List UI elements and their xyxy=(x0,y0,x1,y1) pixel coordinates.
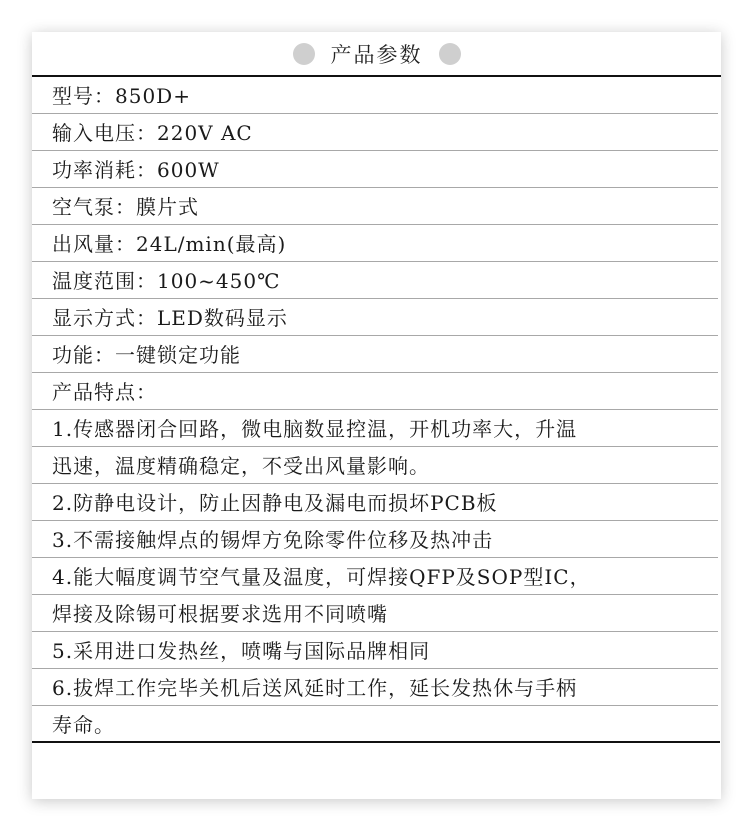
spec-list: 型号：850D+ 输入电压：220V AC 功率消耗：600W 空气泵：膜片式 … xyxy=(32,77,718,743)
right-dot-icon xyxy=(439,43,461,65)
spec-row-pump: 空气泵：膜片式 xyxy=(32,188,718,225)
page-title: 产品参数 xyxy=(331,39,423,69)
feature-line: 寿命。 xyxy=(32,706,720,743)
left-dot-icon xyxy=(293,43,315,65)
card-header: 产品参数 xyxy=(32,32,721,77)
feature-line: 5.采用进口发热丝，喷嘴与国际品牌相同 xyxy=(32,632,718,669)
spec-row-voltage: 输入电压：220V AC xyxy=(32,114,718,151)
spec-row-airflow: 出风量：24L/min(最高) xyxy=(32,225,718,262)
feature-line: 2.防静电设计，防止因静电及漏电而损坏PCB板 xyxy=(32,484,718,521)
spec-row-power: 功率消耗：600W xyxy=(32,151,718,188)
spec-row-function: 功能：一键锁定功能 xyxy=(32,336,718,373)
feature-line: 6.拔焊工作完毕关机后送风延时工作，延长发热休与手柄 xyxy=(32,669,718,706)
feature-line: 焊接及除锡可根据要求选用不同喷嘴 xyxy=(32,595,718,632)
spec-card: 产品参数 型号：850D+ 输入电压：220V AC 功率消耗：600W 空气泵… xyxy=(32,32,721,799)
spec-row-display: 显示方式：LED数码显示 xyxy=(32,299,718,336)
feature-line: 3.不需接触焊点的锡焊方免除零件位移及热冲击 xyxy=(32,521,718,558)
spec-row-temperature: 温度范围：100~450℃ xyxy=(32,262,718,299)
feature-line: 4.能大幅度调节空气量及温度，可焊接QFP及SOP型IC， xyxy=(32,558,718,595)
feature-line: 1.传感器闭合回路，微电脑数显控温，开机功率大，升温 xyxy=(32,410,718,447)
feature-line: 迅速，温度精确稳定，不受出风量影响。 xyxy=(32,447,718,484)
spec-row-model: 型号：850D+ xyxy=(32,77,718,114)
features-heading: 产品特点： xyxy=(32,373,718,410)
